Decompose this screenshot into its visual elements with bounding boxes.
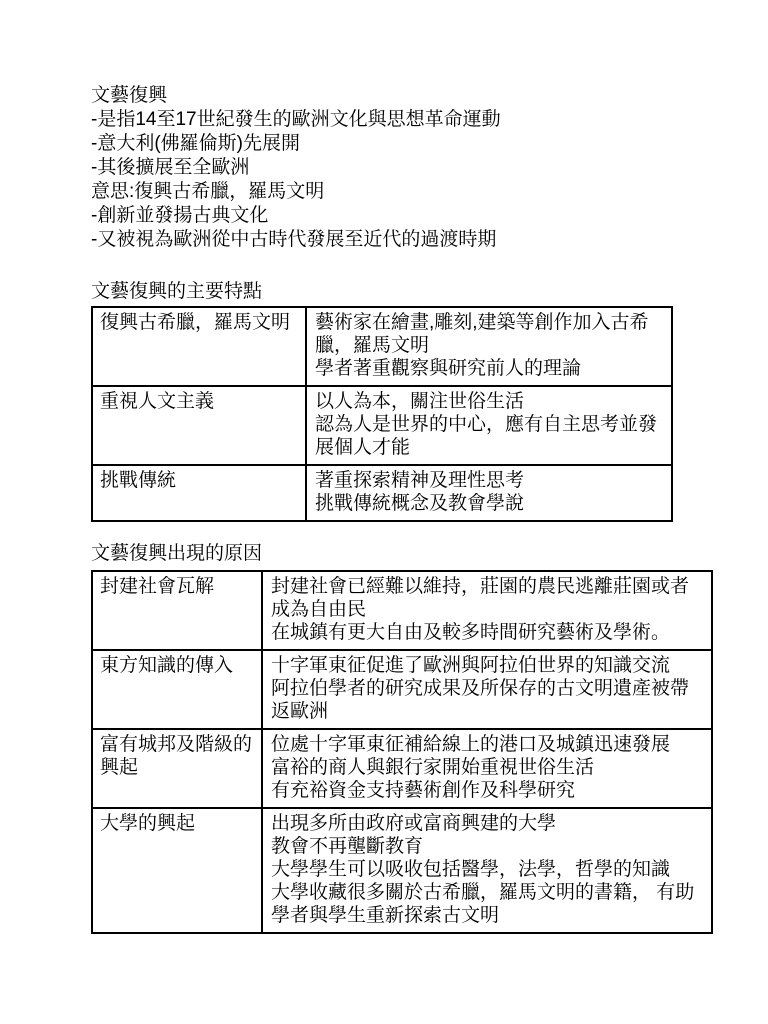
text-line: -創新並發揚古典文化 [91, 204, 731, 228]
text-line: -是指14至17世紀發生的歐洲文化與思想革命運動 [91, 108, 731, 132]
term-cell: 大學的興起 [92, 808, 262, 933]
table-row: 挑戰傳統著重探索精神及理性思考 挑戰傳統概念及教會學說 [92, 465, 672, 521]
intro-section: 文藝復興 -是指14至17世紀發生的歐洲文化與思想革命運動-意大利(佛羅倫斯)先… [91, 84, 731, 252]
text-line: -其後擴展至全歐洲 [91, 156, 731, 180]
term-cell: 封建社會瓦解 [92, 571, 262, 650]
table-row: 富有城邦及階級的 興起位處十字軍東征補給線上的港口及城鎮迅速發展 富裕的商人與銀… [92, 729, 712, 808]
detail-cell: 位處十字軍東征補給線上的港口及城鎮迅速發展 富裕的商人與銀行家開始重視世俗生活 … [262, 729, 712, 808]
detail-cell: 以人為本，關注世俗生活 認為人是世界的中心，應有自主思考並發 展個人才能 [306, 386, 672, 465]
detail-cell: 十字軍東征促進了歐洲與阿拉伯世界的知識交流 阿拉伯學者的研究成果及所保存的古文明… [262, 650, 712, 729]
document-content: 文藝復興 -是指14至17世紀發生的歐洲文化與思想革命運動-意大利(佛羅倫斯)先… [91, 84, 731, 934]
term-cell: 挑戰傳統 [92, 465, 306, 521]
table-row: 重視人文主義以人為本，關注世俗生活 認為人是世界的中心，應有自主思考並發 展個人… [92, 386, 672, 465]
table-row: 復興古希臘，羅馬文明藝術家在繪畫,雕刻,建築等創作加入古希 臘，羅馬文明 學者著… [92, 307, 672, 386]
reasons-table: 封建社會瓦解封建社會已經難以維持，莊園的農民逃離莊園或者 成為自由民 在城鎮有更… [91, 570, 713, 934]
detail-cell: 封建社會已經難以維持，莊園的農民逃離莊園或者 成為自由民 在城鎮有更大自由及較多… [262, 571, 712, 650]
text-line: -又被視為歐洲從中古時代發展至近代的過渡時期 [91, 228, 731, 252]
term-cell: 東方知識的傳入 [92, 650, 262, 729]
table-row: 東方知識的傳入十字軍東征促進了歐洲與阿拉伯世界的知識交流 阿拉伯學者的研究成果及… [92, 650, 712, 729]
table-row: 大學的興起出現多所由政府或富商興建的大學 教會不再壟斷教育 大學學生可以吸收包括… [92, 808, 712, 933]
text-line: -意大利(佛羅倫斯)先展開 [91, 132, 731, 156]
term-cell: 復興古希臘，羅馬文明 [92, 307, 306, 386]
term-cell: 富有城邦及階級的 興起 [92, 729, 262, 808]
features-table: 復興古希臘，羅馬文明藝術家在繪畫,雕刻,建築等創作加入古希 臘，羅馬文明 學者著… [91, 306, 673, 522]
detail-cell: 藝術家在繪畫,雕刻,建築等創作加入古希 臘，羅馬文明 學者著重觀察與研究前人的理… [306, 307, 672, 386]
section-heading-features: 文藝復興的主要特點 [91, 280, 731, 304]
detail-cell: 出現多所由政府或富商興建的大學 教會不再壟斷教育 大學學生可以吸收包括醫學，法學… [262, 808, 712, 933]
document-title: 文藝復興 [91, 84, 731, 108]
table-row: 封建社會瓦解封建社會已經難以維持，莊園的農民逃離莊園或者 成為自由民 在城鎮有更… [92, 571, 712, 650]
detail-cell: 著重探索精神及理性思考 挑戰傳統概念及教會學說 [306, 465, 672, 521]
section-heading-reasons: 文藝復興出現的原因 [91, 542, 731, 566]
text-line: 意思:復興古希臘，羅馬文明 [91, 180, 731, 204]
term-cell: 重視人文主義 [92, 386, 306, 465]
intro-lines: -是指14至17世紀發生的歐洲文化與思想革命運動-意大利(佛羅倫斯)先展開-其後… [91, 108, 731, 252]
document-page: 文藝復興 -是指14至17世紀發生的歐洲文化與思想革命運動-意大利(佛羅倫斯)先… [0, 0, 768, 1024]
